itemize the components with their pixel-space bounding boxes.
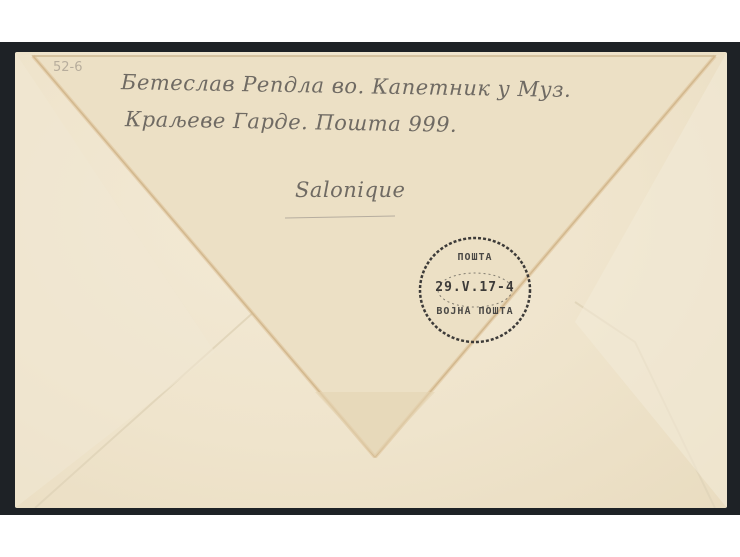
postmark-top-text: ПОШТА [417, 252, 533, 263]
handwritten-city: Salonique [295, 178, 405, 202]
postmark-date: 29.V.17-4 [417, 280, 533, 295]
envelope-back: 52-6 Бетеслав Репдла во. Капетник у Муз.… [15, 52, 727, 508]
postmark-bottom-text: ВОЈНА ПОШТА [417, 306, 533, 317]
pencil-note: 52-6 [53, 60, 83, 75]
postmark-cancel: ПОШТА 29.V.17-4 ВОЈНА ПОШТА [417, 234, 533, 346]
